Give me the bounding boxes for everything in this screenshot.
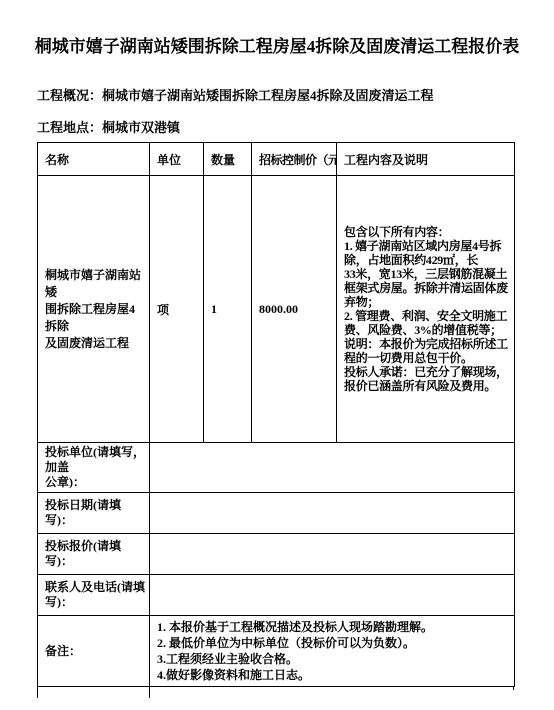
header-name: 名称 [38, 143, 150, 176]
contact-blank-cell [150, 575, 515, 616]
continuation-stub-col1 [149, 687, 150, 698]
contact-label: 联系人及电话(请填写)： [38, 575, 150, 616]
project-overview-line: 工程概况：桐城市嬉子湖南站矮围拆除工程房屋4拆除及固废清运工程 [37, 88, 554, 103]
bid-price-blank-cell [150, 534, 515, 575]
bidder-unit-blank-cell [150, 443, 515, 493]
item-name: 桐城市嬉子湖南站矮 围拆除工程房屋4拆除 及固废清运工程 [38, 176, 150, 443]
bidder-unit-row: 投标单位(请填写，加盖 公章)： [38, 443, 515, 493]
quotation-table: 名称 单位 数量 招标控制价（元） 工程内容及说明 桐城市嬉子湖南站矮 围拆除工… [37, 142, 515, 687]
bidder-unit-label: 投标单位(请填写，加盖 公章)： [38, 443, 150, 493]
page-title: 桐城市嬉子湖南站矮围拆除工程房屋4拆除及固废清运工程报价表 [0, 36, 554, 57]
table-item-row: 桐城市嬉子湖南站矮 围拆除工程房屋4拆除 及固废清运工程 项 1 8000.00… [38, 176, 515, 443]
continuation-stub-right [513, 687, 514, 690]
table-header-row: 名称 单位 数量 招标控制价（元） 工程内容及说明 [38, 143, 515, 176]
item-description: 包含以下所有内容： 1. 嬉子湖南站区域内房屋4号拆 除，占地面积约429㎡，长… [337, 176, 515, 443]
continuation-stub-left [37, 687, 38, 698]
bid-date-row: 投标日期(请填写)： [38, 493, 515, 534]
remarks-content: 1. 本报价基于工程概况描述及投标人现场踏勘理解。 2. 最低价单位为中标单位（… [150, 616, 515, 687]
project-location-line: 工程地点：桐城市双港镇 [37, 120, 554, 135]
header-unit: 单位 [150, 143, 204, 176]
document-page: 桐城市嬉子湖南站矮围拆除工程房屋4拆除及固废清运工程报价表 工程概况：桐城市嬉子… [0, 0, 554, 687]
bid-price-label: 投标报价(请填写)： [38, 534, 150, 575]
header-control-price: 招标控制价（元） [252, 143, 337, 176]
header-description: 工程内容及说明 [337, 143, 515, 176]
bid-date-blank-cell [150, 493, 515, 534]
bid-date-label: 投标日期(请填写)： [38, 493, 150, 534]
item-control-price: 8000.00 [252, 176, 337, 443]
bid-price-row: 投标报价(请填写)： [38, 534, 515, 575]
header-quantity: 数量 [204, 143, 252, 176]
remarks-label: 备注： [38, 616, 150, 687]
item-unit: 项 [150, 176, 204, 443]
remarks-row: 备注： 1. 本报价基于工程概况描述及投标人现场踏勘理解。 2. 最低价单位为中… [38, 616, 515, 687]
item-quantity: 1 [204, 176, 252, 443]
contact-row: 联系人及电话(请填写)： [38, 575, 515, 616]
